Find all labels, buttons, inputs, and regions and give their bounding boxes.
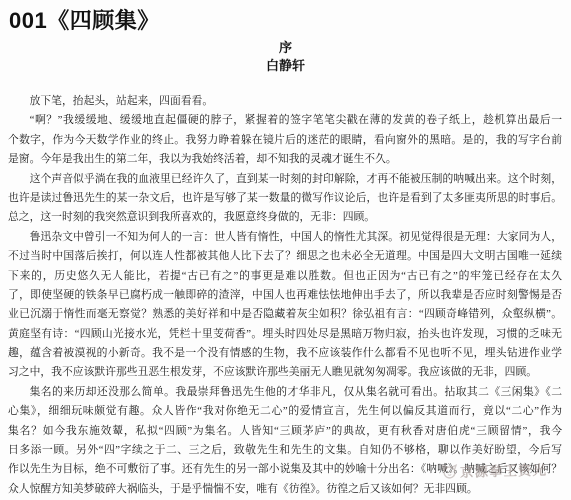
body-line: 了，即使坚硬的铁条早已腐朽成一触即碎的渣滓，中国人也再难怯怯地伸出手去了，所以我…: [8, 286, 562, 305]
body-line: “啊？”我缓缓地、缓缓地直起僵硬的脖子，紧握着的签字笔笔尖戳在薄的发黄的卷子纸上…: [8, 111, 562, 130]
body-line: 总之，这一时刻的我突然意识到我所喜欢的，我愿意终身做的，无非：四顾。: [8, 208, 562, 227]
body-line: 业已沉溺于惰性而毫无察觉？熟悉的美好祥和中是否隐藏着灰尘如积？徐弘祖有言：“四顾…: [8, 305, 562, 324]
section-heading: 序: [0, 37, 571, 56]
body-line: 趣，蕴含着被漠视的小新奇。我不是一个没有情感的生物，我不应该装作什么都看不见也听…: [8, 344, 562, 363]
body-line: 黄庭坚有诗：“四顾山光接水光，凭栏十里芰荷香”。埋头时四处尽是黑暗万物归寂，抬头…: [8, 325, 562, 344]
body-line: 也许是读过鲁迅先生的某一杂文后，也许是写够了某一数量的微写作议论后，也许是看到了…: [8, 189, 562, 208]
body-line: 是窗。今年是我出生的第二年，我以为我始终活着，却不知我的灵魂才诞生不久。: [8, 150, 562, 169]
body-line: 鲁迅杂文中曾引一不知为何人的一言：世人皆有惰性，中国人的惰性尤其深。初见觉得很是…: [8, 228, 562, 247]
body-line: 众人惊醒方知美梦破碎大祸临头，于是乎惴惴不安，唯有《彷徨》。彷徨之后又该如何？无…: [8, 480, 562, 499]
document-body: 放下笔，抬起头，站起来，四面看看。“啊？”我缓缓地、缓缓地直起僵硬的脖子，紧握着…: [8, 92, 562, 499]
body-line: 这个声音似乎淌在我的血液里已经许久了，直到某一时刻的封印解除，才再不能被压制的呐…: [8, 170, 562, 189]
document-title: 001《四顾集》: [9, 4, 160, 35]
body-line: 习之中，我不应该默许那些丑恶生根发芽，不应该默许那些美丽无人瞧见就匆匆凋零。我应…: [8, 363, 562, 382]
body-line: 放下笔，抬起头，站起来，四面看看。: [8, 92, 562, 111]
body-line: 下来的，历史悠久无人能比，若提“古已有之”的事更是难以胜数。但也正因为“古已有之…: [8, 267, 562, 286]
body-line: 集名的来历却还没那么简单。我最崇拜鲁迅先生他的才华非凡，仅从集名就可看出。拈取其…: [8, 383, 562, 402]
body-line: 作以先生为目标，绝不可敷衍了事。还有先生的另一部小说集及其中的妙喻十分出名：《呐…: [8, 460, 562, 479]
document-page: 001《四顾集》 序 白静轩 放下笔，抬起头，站起来，四面看看。“啊？”我缓缓地…: [0, 0, 571, 500]
body-line: 心集》，细细玩味颇觉有趣。众人皆作“我对你绝无二心”的爱情宣言，先生何以偏反其道…: [8, 402, 562, 421]
author-name: 白静轩: [0, 55, 571, 74]
body-line: 不过当时中国落后挨打，何以连人性都被其他人比下去了？细思之也未必全无道理。中国是…: [8, 247, 562, 266]
body-line: 个数字，作为今天数学作业的终止。我努力睁着躲在镜片后的迷茫的眼睛，看向窗外的黑暗…: [8, 131, 562, 150]
body-line: 日多添一顾。另外“四”字续之于二、三之后，致敬先生和先生的文集。自知仍不够格，聊…: [8, 441, 562, 460]
body-line: 集名？如今我东施效颦，私拟“四顾”为集名。人皆知“三顾茅庐”的典故，更有秋香对唐…: [8, 422, 562, 441]
